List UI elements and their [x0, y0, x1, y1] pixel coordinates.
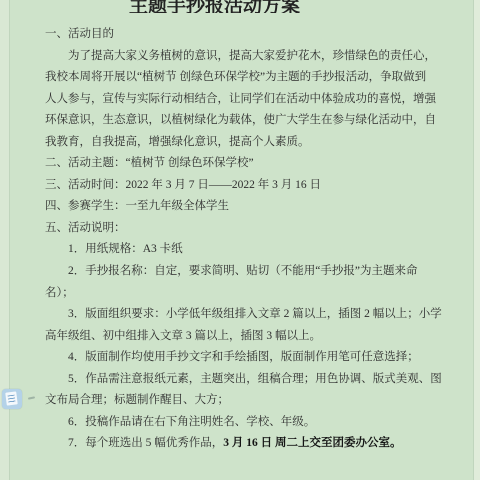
text-run: 二、活动主题：“植树节 创绿色环保学校”	[45, 157, 254, 169]
text-run: 3．版面组织要求：小学低年级组排入文章 2 篇以上，插图 2 幅以上；小学	[68, 308, 442, 320]
text-run: 我校本周将开展以“植树节 创绿色环保学校”为主题的手抄报活动，争取做到	[45, 71, 426, 83]
page-title-clip: 主题手抄报活动方案	[0, 0, 480, 13]
text-run: 四、参赛学生：一至九年级全体学生	[45, 200, 229, 212]
floating-widget-button[interactable]	[2, 389, 22, 409]
document-icon	[5, 391, 18, 405]
text-line: 7．每个班选出 5 幅优秀作品，3 月 16 日 周二上交至团委办公室。	[45, 433, 440, 455]
text-line: 三、活动时间：2022 年 3 月 7 日——2022 年 3 月 16 日	[45, 175, 440, 197]
document-icon-lines	[8, 395, 16, 404]
text-run: 环保意识，生态意识，以植树绿化为载体，使广大学生在参与绿化活动中，自	[45, 114, 436, 126]
text-line: 文布局合理；标题制作醒目、大方；	[45, 390, 440, 412]
document-page: 主题手抄报活动方案 一、活动目的为了提高大家义务植树的意识，提高大家爱护花木，珍…	[0, 0, 480, 480]
text-line: 二、活动主题：“植树节 创绿色环保学校”	[45, 153, 440, 175]
text-run: 三、活动时间：2022 年 3 月 7 日——2022 年 3 月 16 日	[45, 179, 321, 191]
text-run: 一、活动目的	[45, 28, 114, 40]
text-run: 4．版面制作均使用手抄文字和手绘插图，版面制作用笔可任意选择；	[68, 351, 419, 363]
text-run: 文布局合理；标题制作醒目、大方；	[45, 394, 229, 406]
text-line: 为了提高大家义务植树的意识，提高大家爱护花木，珍惜绿色的责任心，	[45, 46, 440, 68]
text-run-bold: 3 月 16 日 周二上交至团委办公室。	[223, 437, 401, 449]
text-run: 1．用纸规格：A3 卡纸	[68, 243, 183, 255]
text-run: 五、活动说明：	[45, 222, 126, 234]
text-line: 名）；	[45, 283, 440, 305]
page-title: 主题手抄报活动方案	[129, 0, 300, 13]
text-line: 我教育，自我提高，增强绿化意识，提高个人素质。	[45, 132, 440, 154]
text-run: 2．手抄报名称：自定，要求简明、贴切（不能用“手抄报”为主题来命	[68, 265, 417, 277]
text-run: 7．每个班选出 5 幅优秀作品，	[68, 437, 223, 449]
document-body: 一、活动目的为了提高大家义务植树的意识，提高大家爱护花木，珍惜绿色的责任心，我校…	[0, 24, 480, 455]
text-line: 1．用纸规格：A3 卡纸	[45, 239, 440, 261]
text-run: 高年级组、初中组排入文章 3 篇以上，插图 3 幅以上。	[45, 330, 321, 342]
text-run: 5．作品需注意报纸元素，主题突出，组稿合理；用色协调、版式美观、图	[68, 373, 442, 385]
text-line: 高年级组、初中组排入文章 3 篇以上，插图 3 幅以上。	[45, 326, 440, 348]
text-line: 2．手抄报名称：自定，要求简明、贴切（不能用“手抄报”为主题来命	[45, 261, 440, 283]
text-line: 环保意识，生态意识，以植树绿化为载体，使广大学生在参与绿化活动中，自	[45, 110, 440, 132]
text-line: 我校本周将开展以“植树节 创绿色环保学校”为主题的手抄报活动，争取做到	[45, 67, 440, 89]
text-line: 6．投稿作品请在右下角注明姓名、学校、年级。	[45, 412, 440, 434]
text-run: 人人参与，宣传与实际行动相结合，让同学们在活动中体验成功的喜悦，增强	[45, 93, 436, 105]
text-line: 五、活动说明：	[45, 218, 440, 240]
text-run: 6．投稿作品请在右下角注明姓名、学校、年级。	[68, 416, 315, 428]
text-line: 4．版面制作均使用手抄文字和手绘插图，版面制作用笔可任意选择；	[45, 347, 440, 369]
text-run: 我教育，自我提高，增强绿化意识，提高个人素质。	[45, 136, 310, 148]
text-line: 四、参赛学生：一至九年级全体学生	[45, 196, 440, 218]
text-line: 5．作品需注意报纸元素，主题突出，组稿合理；用色协调、版式美观、图	[45, 369, 440, 391]
text-line: 人人参与，宣传与实际行动相结合，让同学们在活动中体验成功的喜悦，增强	[45, 89, 440, 111]
text-line: 3．版面组织要求：小学低年级组排入文章 2 篇以上，插图 2 幅以上；小学	[45, 304, 440, 326]
text-line: 一、活动目的	[45, 24, 440, 46]
text-run: 为了提高大家义务植树的意识，提高大家爱护花木，珍惜绿色的责任心，	[68, 50, 436, 62]
text-run: 名）；	[45, 287, 74, 299]
